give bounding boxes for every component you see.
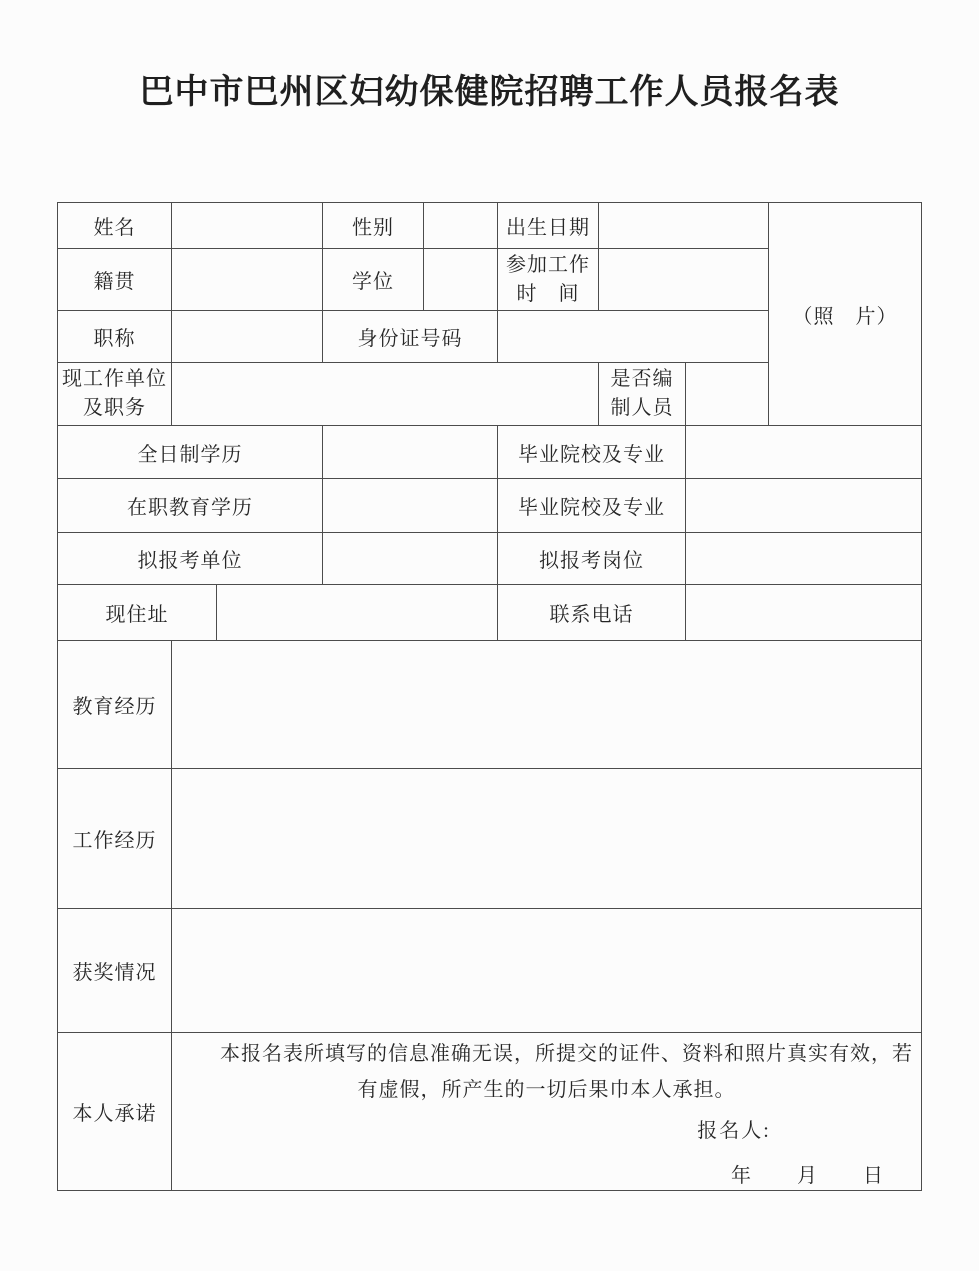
commitment-content-cell: 本报名表所填写的信息准确无误，所提交的证件、资料和照片真实有效，若有虚假，所产生… — [172, 1033, 922, 1191]
signature-date-line: 年 月 日 — [695, 1159, 921, 1188]
address-value-cell — [217, 585, 498, 641]
application-form-table: 姓名 性别 出生日期 （照 片） 籍贯 学位 参加工作 时 间 职称 身份证号码… — [57, 202, 922, 1191]
professional-title-value-cell — [172, 311, 323, 363]
education-history-value-cell — [172, 641, 922, 769]
work-history-label: 工作经历 — [58, 769, 172, 909]
inservice-school-major-value-cell — [686, 479, 922, 533]
current-employer-label: 现工作单位 及职务 — [58, 363, 172, 426]
gender-label: 性别 — [323, 203, 424, 249]
awards-label: 获奖情况 — [58, 909, 172, 1033]
birth-date-value-cell — [599, 203, 769, 249]
commitment-label: 本人承诺 — [58, 1033, 172, 1191]
staffed-status-label: 是否编 制人员 — [599, 363, 686, 426]
native-place-value-cell — [172, 249, 323, 311]
degree-value-cell — [424, 249, 498, 311]
inservice-school-major-label: 毕业院校及专业 — [498, 479, 686, 533]
photo-cell: （照 片） — [769, 203, 922, 426]
fulltime-education-label: 全日制学历 — [58, 426, 323, 479]
target-position-label: 拟报考岗位 — [498, 533, 686, 585]
name-label: 姓名 — [58, 203, 172, 249]
target-position-value-cell — [686, 533, 922, 585]
education-history-label: 教育经历 — [58, 641, 172, 769]
work-start-time-value-cell — [599, 249, 769, 311]
id-number-value-cell — [498, 311, 769, 363]
address-label: 现住址 — [58, 585, 217, 641]
id-number-label: 身份证号码 — [323, 311, 498, 363]
inservice-education-value-cell — [323, 479, 498, 533]
fulltime-education-value-cell — [323, 426, 498, 479]
phone-label: 联系电话 — [498, 585, 686, 641]
awards-value-cell — [172, 909, 922, 1033]
applicant-signer-label: 报名人: — [547, 1114, 921, 1143]
degree-label: 学位 — [323, 249, 424, 311]
target-unit-value-cell — [323, 533, 498, 585]
page-title: 巴中市巴州区妇幼保健院招聘工作人员报名表 — [0, 64, 979, 113]
fulltime-school-major-value-cell — [686, 426, 922, 479]
gender-value-cell — [424, 203, 498, 249]
work-history-value-cell — [172, 769, 922, 909]
name-value-cell — [172, 203, 323, 249]
inservice-education-label: 在职教育学历 — [58, 479, 323, 533]
birth-date-label: 出生日期 — [498, 203, 599, 249]
work-start-time-label: 参加工作 时 间 — [498, 249, 599, 311]
fulltime-school-major-label: 毕业院校及专业 — [498, 426, 686, 479]
commitment-statement: 本报名表所填写的信息准确无误，所提交的证件、资料和照片真实有效，若有虚假，所产生… — [172, 1036, 921, 1108]
native-place-label: 籍贯 — [58, 249, 172, 311]
staffed-status-value-cell — [686, 363, 769, 426]
target-unit-label: 拟报考单位 — [58, 533, 323, 585]
professional-title-label: 职称 — [58, 311, 172, 363]
current-employer-value-cell — [172, 363, 599, 426]
phone-value-cell — [686, 585, 922, 641]
